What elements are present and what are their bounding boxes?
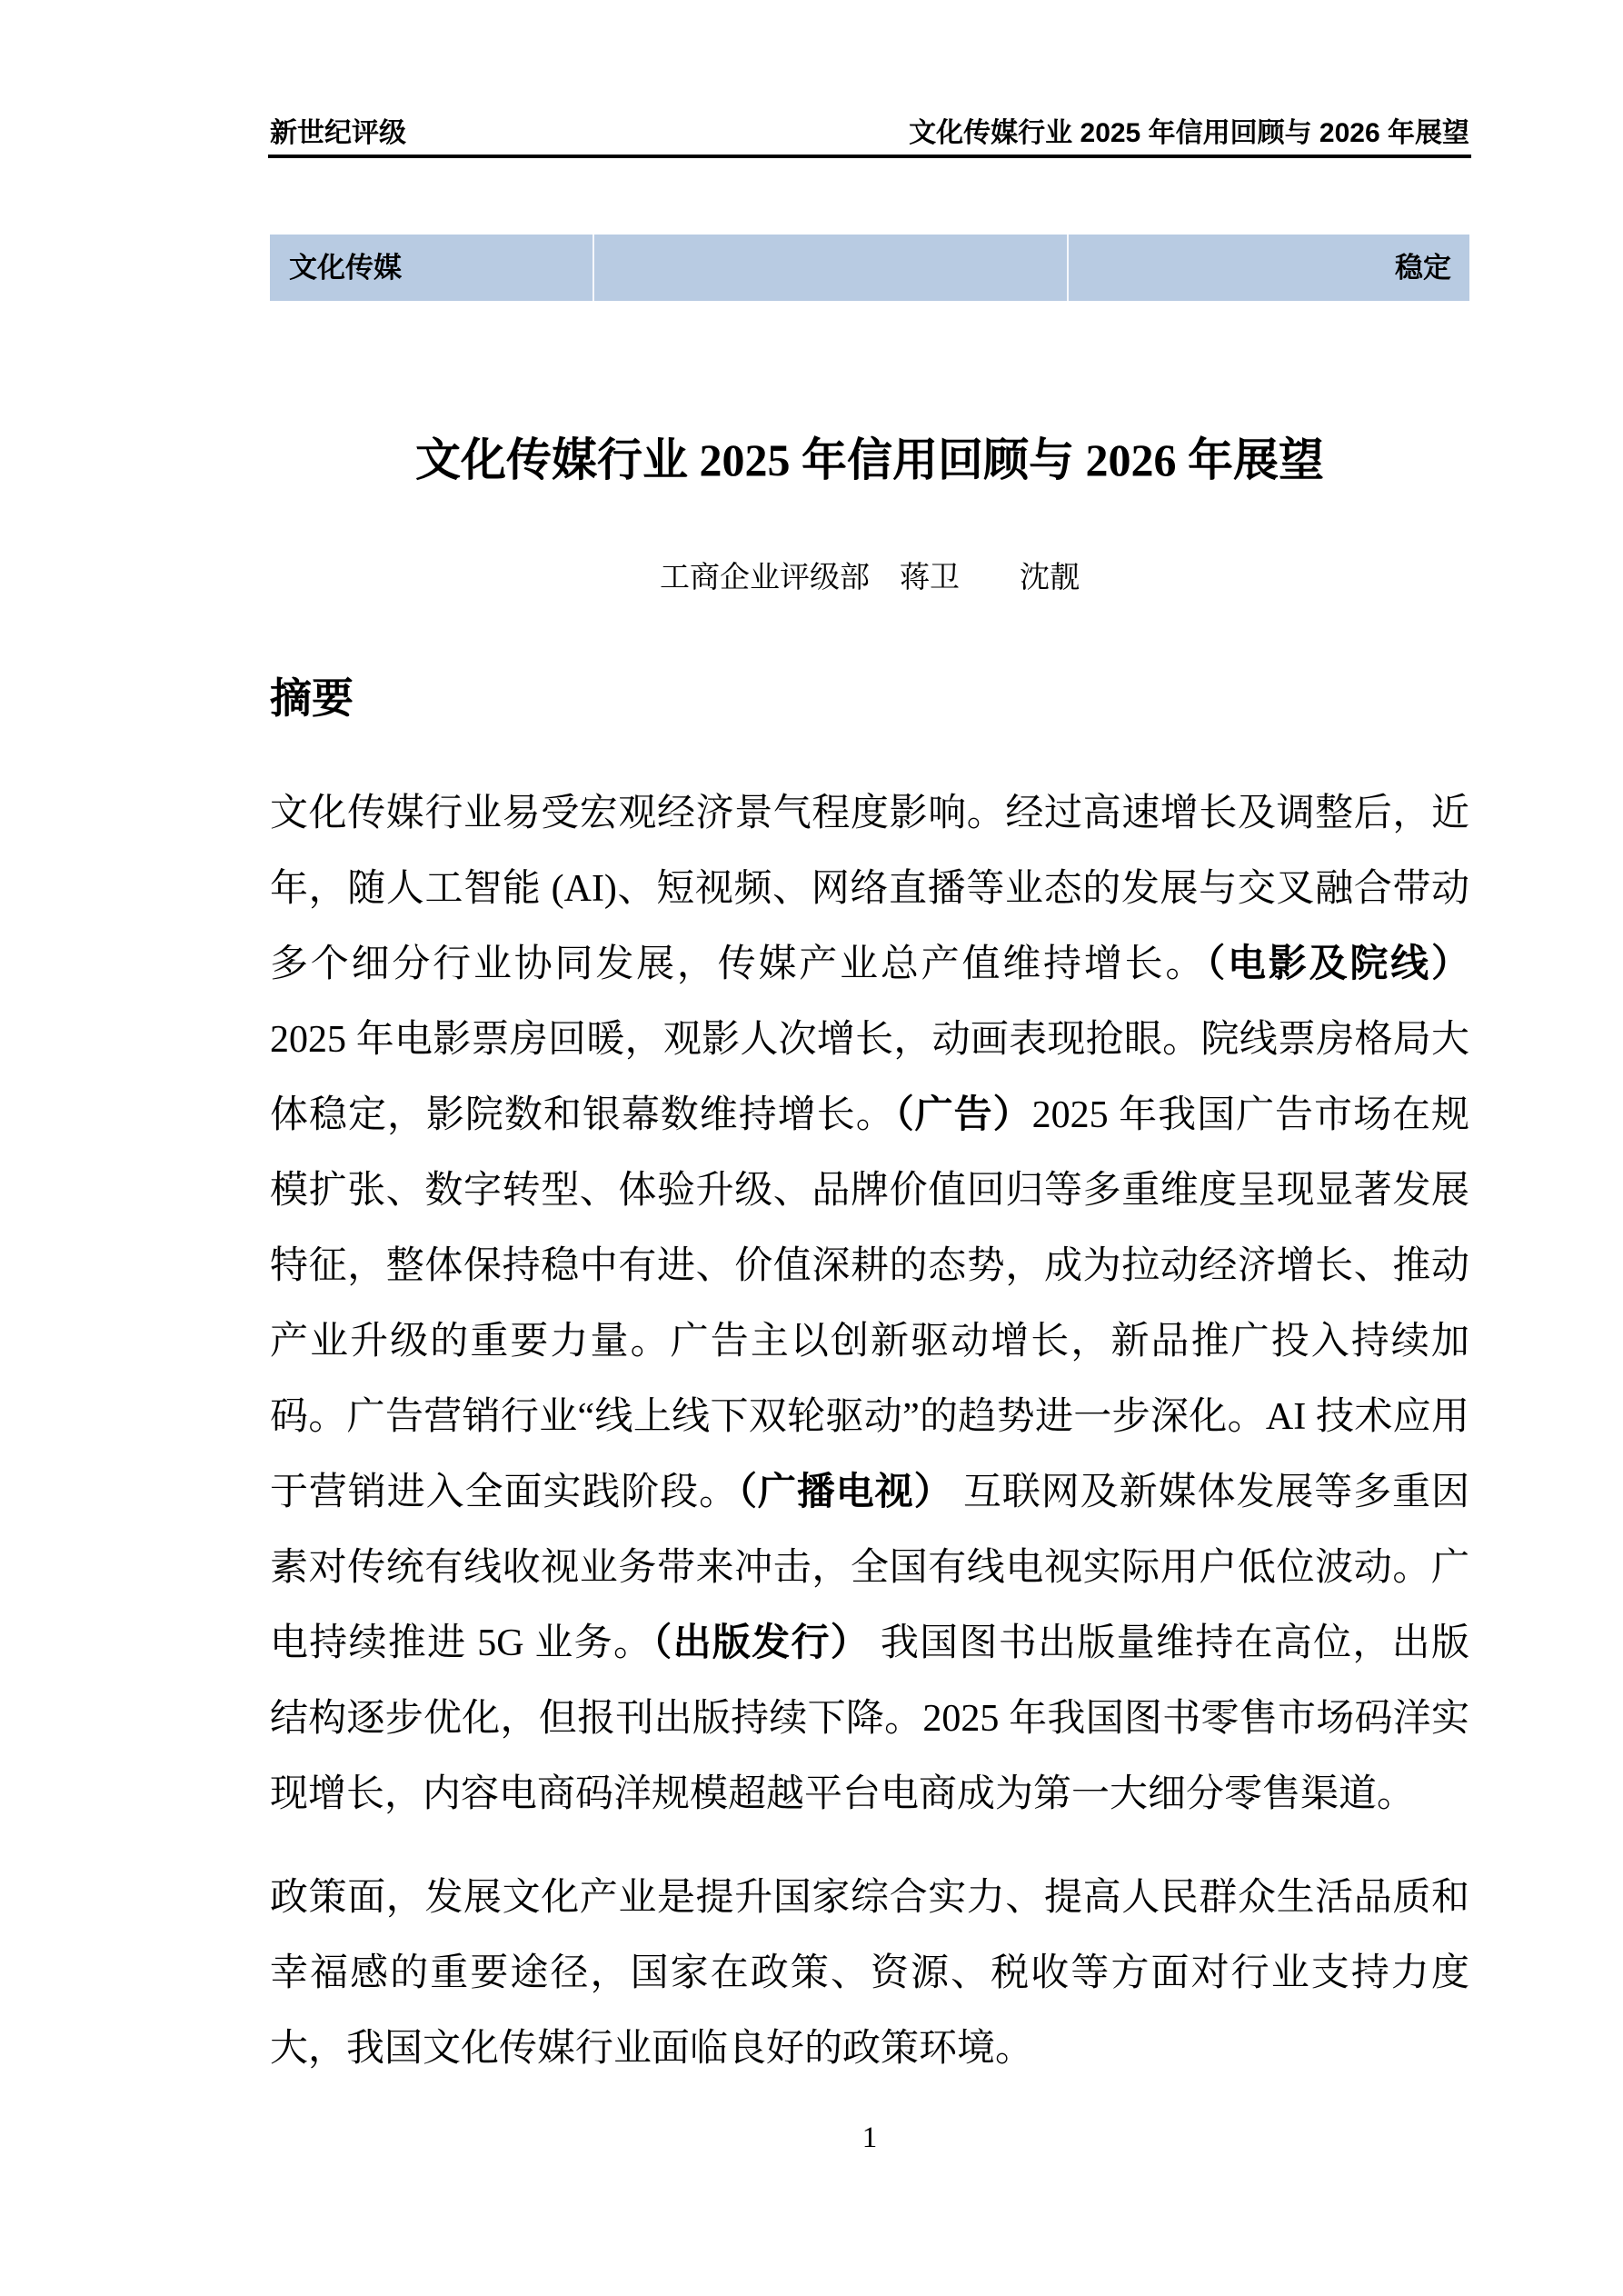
page-number: 1 bbox=[270, 2120, 1469, 2156]
bold-run: （电影及院线） bbox=[1206, 943, 1469, 985]
report-byline: 工商企业评级部 蒋卫 沈靓 bbox=[270, 560, 1469, 596]
banner-spacer-cell bbox=[594, 235, 1069, 301]
bold-run: （广播电视） bbox=[738, 1472, 953, 1513]
abstract-heading: 摘要 bbox=[270, 674, 353, 722]
header-document-title: 文化传媒行业 2025 年信用回顾与 2026 年展望 bbox=[909, 117, 1469, 150]
banner-outlook-label: 稳定 bbox=[1069, 235, 1468, 301]
bold-run: （出版发行） bbox=[652, 1622, 870, 1664]
report-title: 文化传媒行业 2025 年信用回顾与 2026 年展望 bbox=[270, 433, 1469, 487]
text-run: 政策面，发展文化产业是提升国家综合实力、提高人民群众生活品质和幸福感的重要途径，… bbox=[270, 1877, 1469, 2070]
header-brand: 新世纪评级 bbox=[270, 117, 406, 150]
industry-banner: 文化传媒 稳定 bbox=[270, 235, 1469, 301]
document-page: 新世纪评级 文化传媒行业 2025 年信用回顾与 2026 年展望 文化传媒 稳… bbox=[0, 0, 1623, 2296]
abstract-paragraph: 政策面，发展文化产业是提升国家综合实力、提高人民群众生活品质和幸福感的重要途径，… bbox=[270, 1861, 1469, 2087]
text-run: 2025 年我国广告市场在规模扩张、数字转型、体验升级、品牌价值回归等多重维度呈… bbox=[270, 1094, 1469, 1513]
header-divider bbox=[268, 155, 1471, 158]
bold-run: （广告） bbox=[895, 1094, 1032, 1136]
abstract-paragraph: 文化传媒行业易受宏观经济景气程度影响。经过高速增长及调整后，近年，随人工智能 (… bbox=[270, 776, 1469, 1832]
abstract-body: 文化传媒行业易受宏观经济景气程度影响。经过高速增长及调整后，近年，随人工智能 (… bbox=[270, 776, 1469, 2087]
banner-industry-label: 文化传媒 bbox=[270, 235, 594, 301]
page-header: 新世纪评级 文化传媒行业 2025 年信用回顾与 2026 年展望 bbox=[270, 117, 1469, 150]
